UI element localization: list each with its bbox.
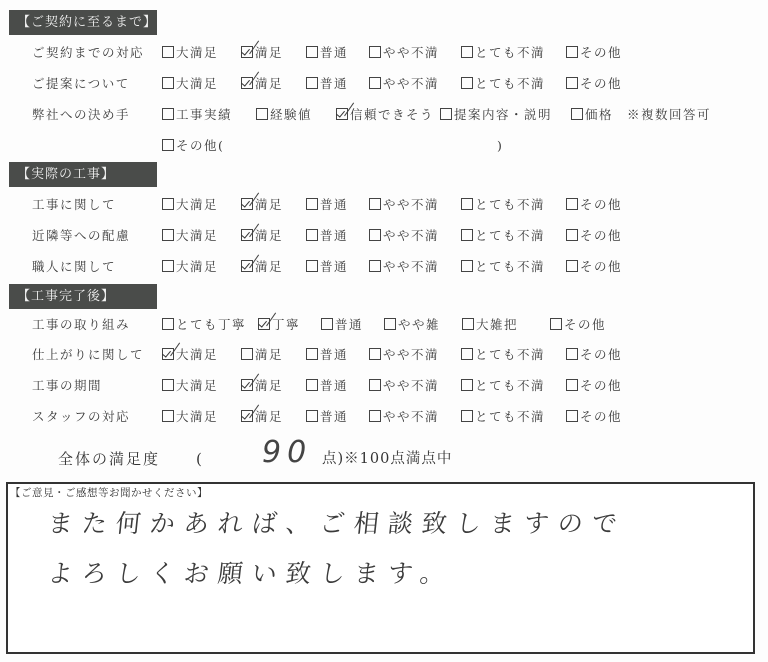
option-label: 大満足	[176, 76, 218, 91]
empty-box-icon[interactable]	[384, 318, 396, 330]
empty-box-icon[interactable]	[461, 260, 473, 272]
empty-box-icon[interactable]	[461, 348, 473, 360]
empty-box-icon[interactable]	[462, 318, 474, 330]
option-label: とても不満	[475, 45, 545, 60]
checked-box-icon[interactable]	[241, 46, 253, 58]
question-row: 近隣等への配慮大満足満足普通やや不満とても不満その他	[0, 225, 768, 247]
option-label: その他	[580, 228, 622, 243]
option-label: 大満足	[176, 378, 218, 393]
option-label: とても不満	[475, 378, 545, 393]
option-checkbox[interactable]: 満足	[241, 42, 283, 64]
option-label: 大雑把	[476, 317, 518, 332]
question-label: 近隣等への配慮	[32, 225, 130, 247]
option-checkbox[interactable]: とても不満	[461, 375, 545, 397]
option-label: その他	[580, 409, 622, 424]
option-checkbox[interactable]: 価格	[571, 104, 613, 126]
option-checkbox[interactable]: やや不満	[369, 194, 439, 216]
option-label: その他(	[176, 138, 224, 153]
option-label: とても不満	[475, 409, 545, 424]
option-checkbox[interactable]: 普通	[306, 375, 348, 397]
empty-box-icon[interactable]	[369, 46, 381, 58]
option-checkbox[interactable]: その他	[550, 314, 606, 336]
empty-box-icon[interactable]	[162, 260, 174, 272]
option-checkbox[interactable]: 大満足	[162, 73, 218, 95]
option-checkbox[interactable]: その他	[566, 344, 622, 366]
empty-box-icon[interactable]	[306, 348, 318, 360]
checked-box-icon[interactable]	[241, 410, 253, 422]
option-checkbox[interactable]: 大満足	[162, 256, 218, 278]
empty-box-icon[interactable]	[566, 379, 578, 391]
option-checkbox[interactable]: やや不満	[369, 375, 439, 397]
empty-box-icon[interactable]	[306, 379, 318, 391]
option-label: 価格	[585, 107, 613, 122]
question-row: 弊社への決め手工事実績経験値信頼できそう提案内容・説明価格※複数回答可	[0, 104, 768, 126]
empty-box-icon[interactable]	[461, 198, 473, 210]
empty-box-icon[interactable]	[241, 348, 253, 360]
option-checkbox[interactable]: 大満足	[162, 42, 218, 64]
option-checkbox[interactable]: とても不満	[461, 73, 545, 95]
option-label: その他	[580, 76, 622, 91]
checked-box-icon[interactable]	[241, 198, 253, 210]
empty-box-icon[interactable]	[369, 77, 381, 89]
option-label: その他	[580, 259, 622, 274]
option-checkbox[interactable]: その他	[566, 194, 622, 216]
option-label: やや不満	[383, 45, 439, 60]
section-header-before-contract: 【ご契約に至るまで】	[9, 10, 157, 35]
empty-box-icon[interactable]	[566, 260, 578, 272]
option-label: 普通	[320, 76, 348, 91]
empty-box-icon[interactable]	[566, 410, 578, 422]
empty-box-icon[interactable]	[566, 348, 578, 360]
empty-box-icon[interactable]	[162, 379, 174, 391]
question-label: 職人に関して	[32, 256, 116, 278]
empty-box-icon[interactable]	[162, 229, 174, 241]
option-label: 提案内容・説明	[454, 107, 552, 122]
option-checkbox[interactable]: 大満足	[162, 194, 218, 216]
option-checkbox[interactable]: 経験値	[256, 104, 312, 126]
option-label: 工事実績	[176, 107, 232, 122]
option-checkbox[interactable]: 丁寧	[258, 314, 300, 336]
empty-box-icon[interactable]	[566, 198, 578, 210]
checked-box-icon[interactable]	[241, 77, 253, 89]
option-label: その他	[580, 347, 622, 362]
option-label: 満足	[255, 259, 283, 274]
question-label: 弊社への決め手	[32, 104, 130, 126]
empty-box-icon[interactable]	[162, 198, 174, 210]
question-row: ご契約までの対応大満足満足普通やや不満とても不満その他	[0, 42, 768, 64]
option-checkbox[interactable]: とても不満	[461, 194, 545, 216]
option-label: 普通	[335, 317, 363, 332]
question-row: 仕上がりに関して大満足満足普通やや不満とても不満その他	[0, 344, 768, 366]
option-checkbox[interactable]: とても不満	[461, 225, 545, 247]
empty-box-icon[interactable]	[550, 318, 562, 330]
empty-box-icon[interactable]	[321, 318, 333, 330]
option-label: とても不満	[475, 76, 545, 91]
option-label: 大満足	[176, 197, 218, 212]
option-checkbox[interactable]: 大満足	[162, 375, 218, 397]
option-label: 普通	[320, 347, 348, 362]
section-header-after-completion: 【工事完了後】	[9, 284, 157, 309]
comment-line-1: また何かあれば、ご相談致しますので	[46, 504, 628, 540]
option-checkbox[interactable]: 大満足	[162, 406, 218, 428]
option-checkbox[interactable]: 普通	[306, 194, 348, 216]
option-label: その他	[580, 197, 622, 212]
overall-satisfaction-row: 全体の満足度 ( 90 点)※100点満点中	[0, 444, 768, 474]
option-label: 大満足	[176, 45, 218, 60]
empty-box-icon[interactable]	[461, 46, 473, 58]
checked-box-icon[interactable]	[336, 108, 348, 120]
option-checkbox[interactable]: 大雑把	[462, 314, 518, 336]
empty-box-icon[interactable]	[162, 318, 174, 330]
option-checkbox[interactable]: やや不満	[369, 256, 439, 278]
empty-box-icon[interactable]	[162, 410, 174, 422]
option-label: 満足	[255, 197, 283, 212]
option-checkbox[interactable]: 満足	[241, 375, 283, 397]
question-label: 仕上がりに関して	[32, 344, 144, 366]
option-checkbox[interactable]: 普通	[306, 344, 348, 366]
empty-box-icon[interactable]	[369, 379, 381, 391]
option-checkbox[interactable]: 満足	[241, 256, 283, 278]
empty-box-icon[interactable]	[306, 77, 318, 89]
question-row: 工事に関して大満足満足普通やや不満とても不満その他	[0, 194, 768, 216]
option-label: その他	[564, 317, 606, 332]
option-label: やや雑	[398, 317, 440, 332]
option-checkbox[interactable]: その他(	[162, 135, 224, 157]
option-checkbox[interactable]: その他	[566, 256, 622, 278]
option-label: 大満足	[176, 409, 218, 424]
option-checkbox[interactable]: 大満足	[162, 225, 218, 247]
option-label: 普通	[320, 45, 348, 60]
question-label: 工事の取り組み	[32, 314, 130, 336]
comments-title: 【ご意見・ご感想等お聞かせください】	[10, 485, 208, 500]
question-row: 職人に関して大満足満足普通やや不満とても不満その他	[0, 256, 768, 278]
checked-box-icon[interactable]	[241, 229, 253, 241]
option-checkbox[interactable]: 普通	[306, 225, 348, 247]
option-checkbox[interactable]: 満足	[241, 73, 283, 95]
option-label: 満足	[255, 347, 283, 362]
option-checkbox[interactable]: とても不満	[461, 42, 545, 64]
option-label: 普通	[320, 259, 348, 274]
overall-score-unit: 点)※100点満点中	[322, 444, 452, 474]
option-label: 満足	[255, 76, 283, 91]
row-note: )	[497, 135, 503, 157]
empty-box-icon[interactable]	[306, 410, 318, 422]
option-label: 普通	[320, 197, 348, 212]
option-checkbox[interactable]: 普通	[306, 42, 348, 64]
checked-box-icon[interactable]	[241, 379, 253, 391]
empty-box-icon[interactable]	[461, 410, 473, 422]
option-checkbox[interactable]: やや不満	[369, 73, 439, 95]
option-label: 満足	[255, 45, 283, 60]
overall-satisfaction-label: 全体の満足度	[58, 444, 160, 474]
option-label: 大満足	[176, 228, 218, 243]
overall-score-field[interactable]: 90	[262, 438, 312, 468]
question-label: 工事に関して	[32, 194, 116, 216]
option-checkbox[interactable]: とても不満	[461, 344, 545, 366]
checked-box-icon[interactable]	[162, 348, 174, 360]
option-label: とても不満	[475, 259, 545, 274]
empty-box-icon[interactable]	[369, 348, 381, 360]
option-checkbox[interactable]: 工事実績	[162, 104, 232, 126]
option-label: 経験値	[270, 107, 312, 122]
empty-box-icon[interactable]	[306, 260, 318, 272]
option-checkbox[interactable]: その他	[566, 375, 622, 397]
option-checkbox[interactable]: その他	[566, 406, 622, 428]
empty-box-icon[interactable]	[566, 229, 578, 241]
question-row: スタッフの対応大満足満足普通やや不満とても不満その他	[0, 406, 768, 428]
option-label: 満足	[255, 228, 283, 243]
empty-box-icon[interactable]	[162, 139, 174, 151]
empty-box-icon[interactable]	[440, 108, 452, 120]
empty-box-icon[interactable]	[369, 410, 381, 422]
option-checkbox[interactable]: 普通	[306, 406, 348, 428]
question-row: その他()	[0, 135, 768, 157]
option-checkbox[interactable]: 提案内容・説明	[440, 104, 552, 126]
option-label: やや不満	[383, 409, 439, 424]
option-checkbox[interactable]: 満足	[241, 406, 283, 428]
option-checkbox[interactable]: やや不満	[369, 42, 439, 64]
option-label: やや不満	[383, 259, 439, 274]
empty-box-icon[interactable]	[162, 77, 174, 89]
option-label: その他	[580, 45, 622, 60]
option-label: とても不満	[475, 228, 545, 243]
option-checkbox[interactable]: その他	[566, 42, 622, 64]
option-checkbox[interactable]: その他	[566, 73, 622, 95]
option-checkbox[interactable]: とても丁寧	[162, 314, 246, 336]
empty-box-icon[interactable]	[162, 46, 174, 58]
option-checkbox[interactable]: その他	[566, 225, 622, 247]
option-checkbox[interactable]: 大満足	[162, 344, 218, 366]
option-checkbox[interactable]: とても不満	[461, 256, 545, 278]
option-label: 普通	[320, 378, 348, 393]
question-label: スタッフの対応	[32, 406, 130, 428]
empty-box-icon[interactable]	[256, 108, 268, 120]
option-label: 満足	[255, 409, 283, 424]
option-label: 大満足	[176, 259, 218, 274]
empty-box-icon[interactable]	[566, 46, 578, 58]
option-label: とても不満	[475, 197, 545, 212]
option-label: 満足	[255, 378, 283, 393]
option-label: やや不満	[383, 347, 439, 362]
question-row: ご提案について大満足満足普通やや不満とても不満その他	[0, 73, 768, 95]
option-label: やや不満	[383, 228, 439, 243]
empty-box-icon[interactable]	[461, 379, 473, 391]
section-header-actual-work: 【実際の工事】	[9, 162, 157, 187]
option-label: やや不満	[383, 197, 439, 212]
option-checkbox[interactable]: やや雑	[384, 314, 440, 336]
option-checkbox[interactable]: やや不満	[369, 406, 439, 428]
option-label: やや不満	[383, 378, 439, 393]
option-checkbox[interactable]: 普通	[306, 73, 348, 95]
option-label: とても不満	[475, 347, 545, 362]
option-label: 普通	[320, 409, 348, 424]
empty-box-icon[interactable]	[571, 108, 583, 120]
option-label: 信頼できそう	[350, 107, 434, 122]
option-checkbox[interactable]: やや不満	[369, 225, 439, 247]
empty-box-icon[interactable]	[461, 229, 473, 241]
option-label: やや不満	[383, 76, 439, 91]
option-label: その他	[580, 378, 622, 393]
empty-box-icon[interactable]	[369, 229, 381, 241]
empty-box-icon[interactable]	[369, 198, 381, 210]
empty-box-icon[interactable]	[306, 229, 318, 241]
empty-box-icon[interactable]	[306, 198, 318, 210]
option-checkbox[interactable]: 普通	[321, 314, 363, 336]
empty-box-icon[interactable]	[461, 77, 473, 89]
empty-box-icon[interactable]	[306, 46, 318, 58]
option-checkbox[interactable]: 満足	[241, 194, 283, 216]
option-checkbox[interactable]: やや不満	[369, 344, 439, 366]
option-label: 丁寧	[272, 317, 300, 332]
empty-box-icon[interactable]	[369, 260, 381, 272]
option-label: とても丁寧	[176, 317, 246, 332]
option-checkbox[interactable]: 満足	[241, 225, 283, 247]
question-label: 工事の期間	[32, 375, 102, 397]
option-checkbox[interactable]: とても不満	[461, 406, 545, 428]
option-checkbox[interactable]: 信頼できそう	[336, 104, 434, 126]
option-checkbox[interactable]: 普通	[306, 256, 348, 278]
empty-box-icon[interactable]	[162, 108, 174, 120]
question-label: ご提案について	[32, 73, 130, 95]
question-row: 工事の取り組みとても丁寧丁寧普通やや雑大雑把その他	[0, 314, 768, 336]
overall-paren-open: (	[196, 444, 202, 474]
option-checkbox[interactable]: 満足	[241, 344, 283, 366]
comments-box[interactable]: 【ご意見・ご感想等お聞かせください】 また何かあれば、ご相談致しますので よろし…	[6, 482, 755, 654]
comment-line-2: よろしくお願い致します。	[46, 554, 456, 590]
empty-box-icon[interactable]	[566, 77, 578, 89]
checked-box-icon[interactable]	[241, 260, 253, 272]
question-row: 工事の期間大満足満足普通やや不満とても不満その他	[0, 375, 768, 397]
question-label: ご契約までの対応	[32, 42, 144, 64]
option-label: 大満足	[176, 347, 218, 362]
option-label: 普通	[320, 228, 348, 243]
checked-box-icon[interactable]	[258, 318, 270, 330]
row-note: ※複数回答可	[627, 104, 711, 126]
